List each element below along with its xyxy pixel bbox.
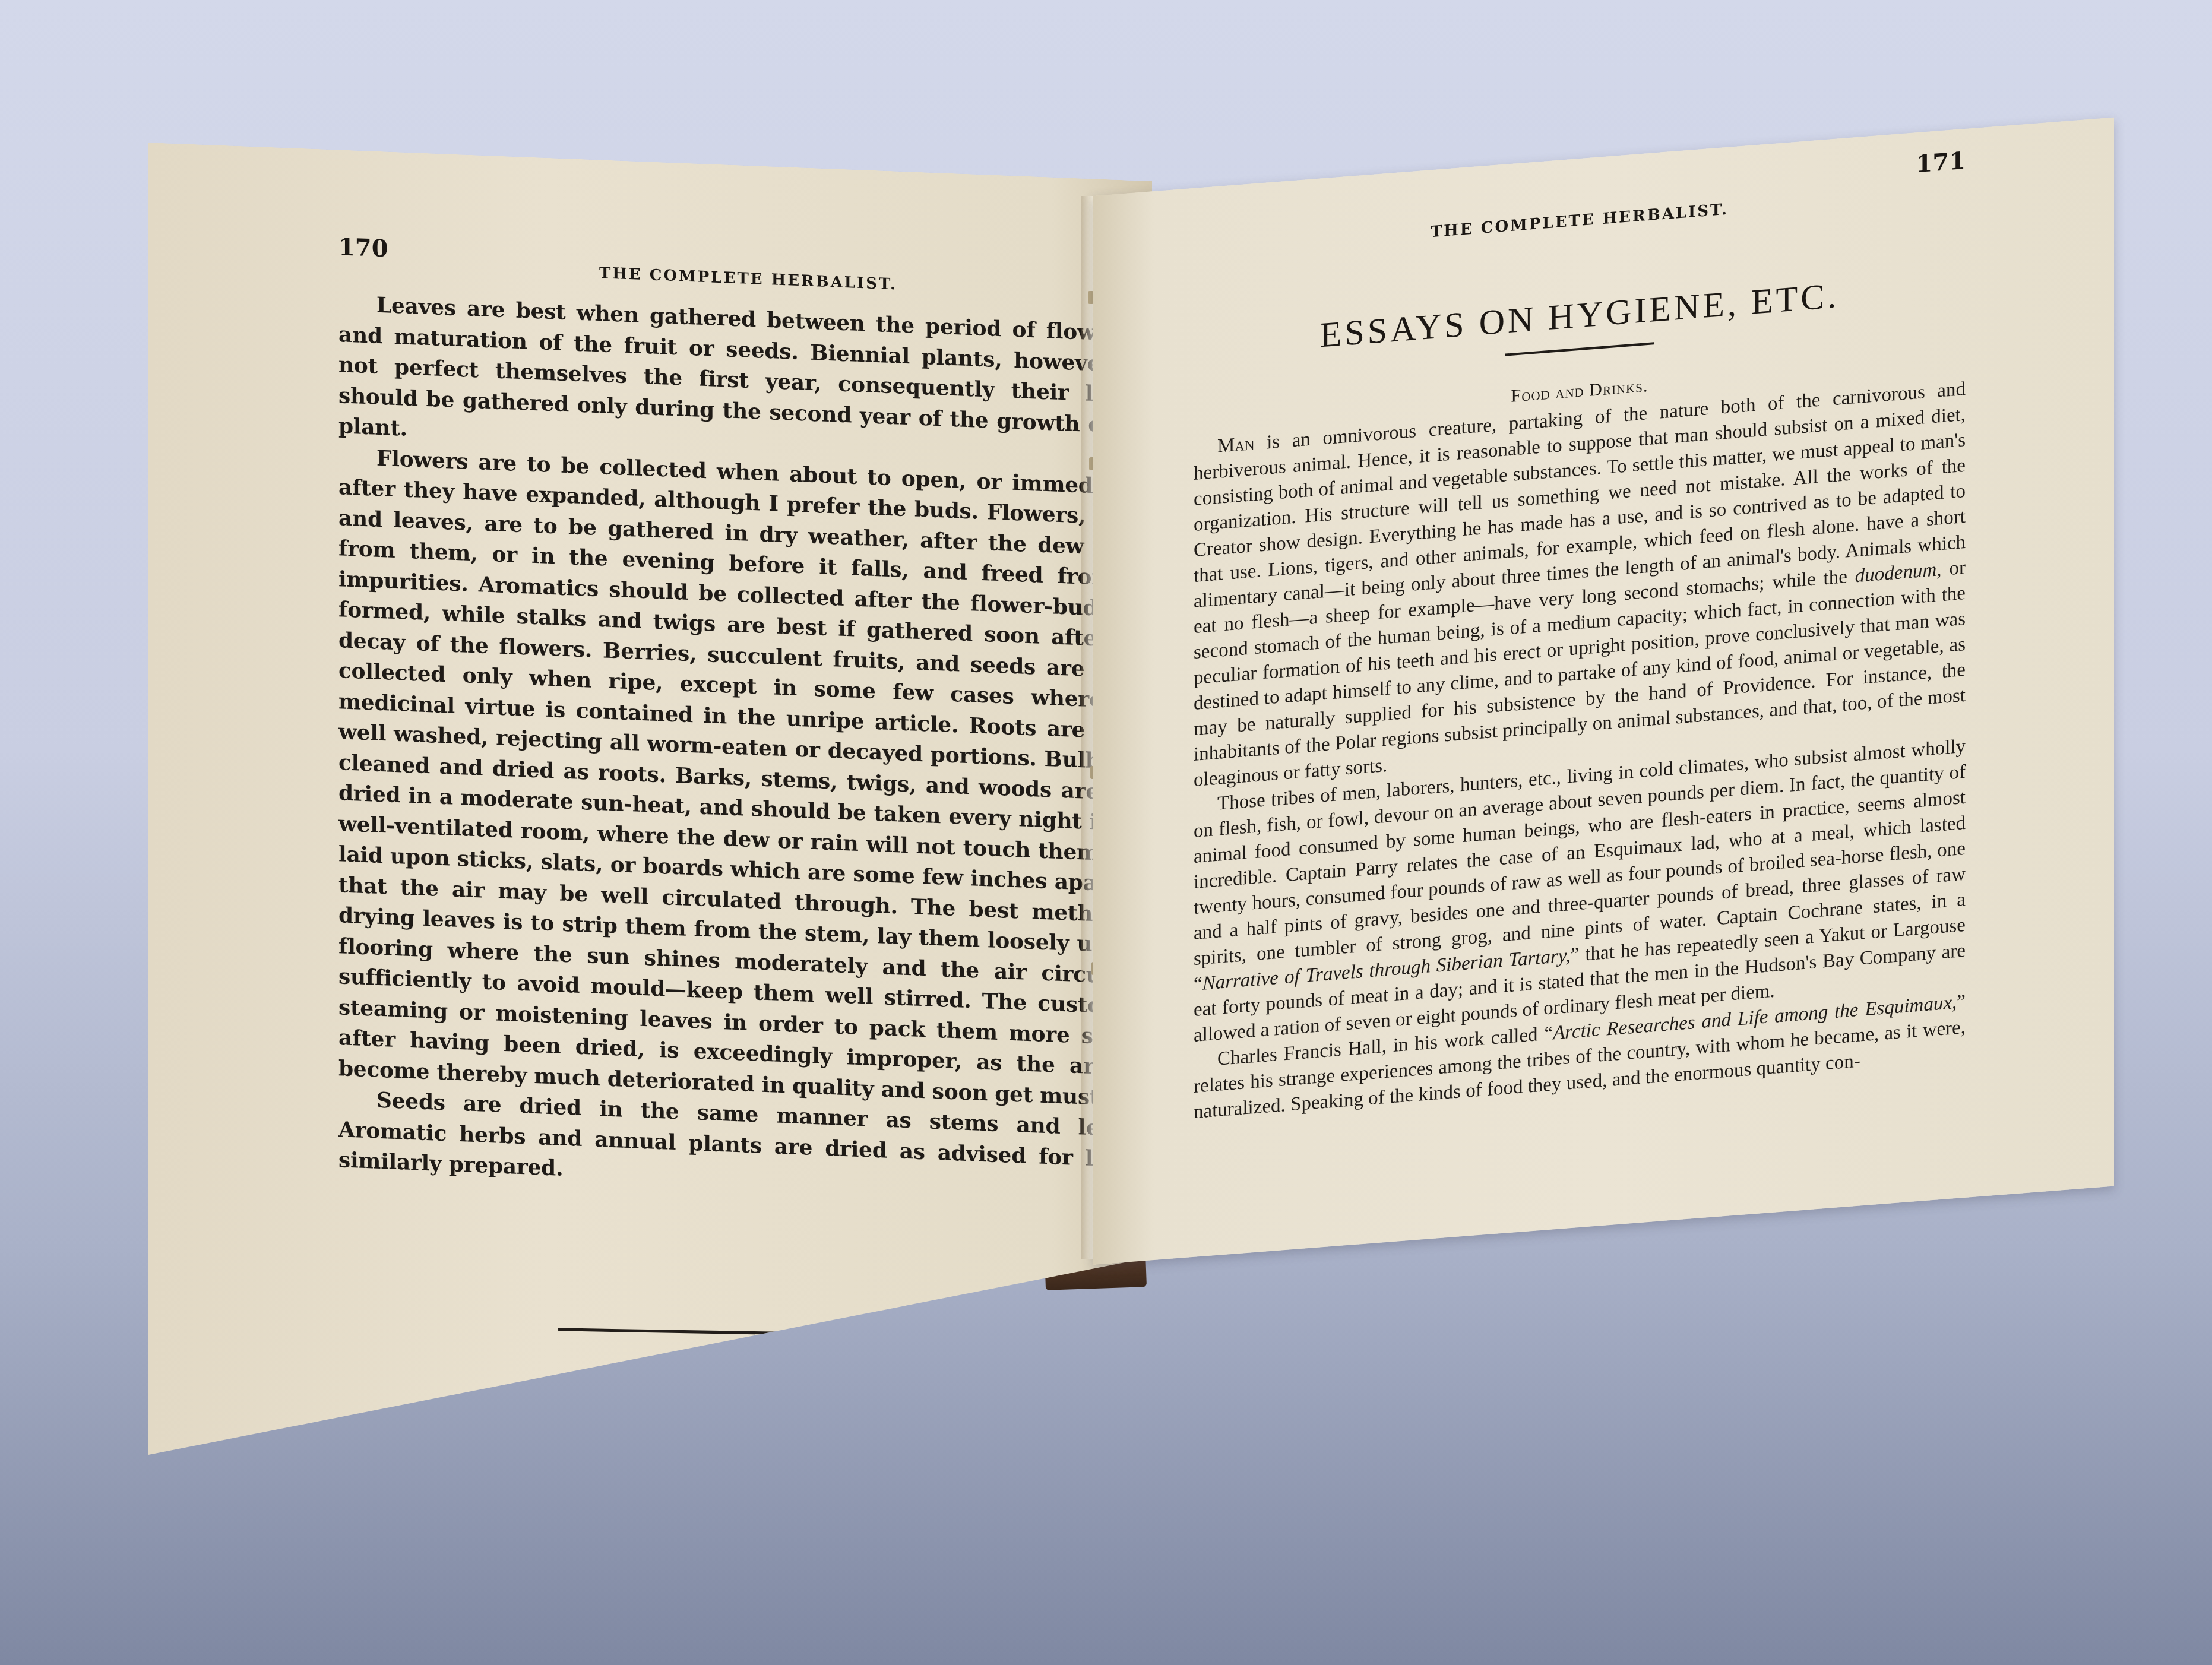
right-page: 171 THE COMPLETE HERBALIST. ESSAYS ON HY… bbox=[1093, 118, 2114, 1265]
right-page-content: 171 THE COMPLETE HERBALIST. ESSAYS ON HY… bbox=[1194, 147, 1966, 1125]
left-page-content: 170 THE COMPLETE HERBALIST. Leaves are b… bbox=[338, 233, 1158, 1207]
title-rule bbox=[1505, 342, 1654, 356]
left-page: 170 THE COMPLETE HERBALIST. Leaves are b… bbox=[148, 143, 1152, 1493]
paragraph-flowers: Flowers are to be collected when about t… bbox=[338, 442, 1158, 1116]
drop-lead-word: Man bbox=[1217, 433, 1255, 457]
section-title: ESSAYS ON HYGIENE, ETC. bbox=[1194, 265, 1966, 366]
paragraph-leaves: Leaves are best when gathered between th… bbox=[338, 289, 1158, 473]
right-page-body: Man is an omnivorous creature, partaking… bbox=[1194, 376, 1966, 1125]
page-number-170: 170 bbox=[338, 233, 388, 262]
running-head-right: THE COMPLETE HERBALIST. bbox=[1194, 182, 1966, 259]
chapter-end-rule bbox=[558, 1328, 831, 1335]
italic-term: duodenum bbox=[1855, 559, 1936, 587]
photo-scene: 170 THE COMPLETE HERBALIST. Leaves are b… bbox=[0, 0, 2212, 1665]
paragraph-man-omnivorous: Man is an omnivorous creature, partaking… bbox=[1194, 376, 1966, 793]
left-page-body: Leaves are best when gathered between th… bbox=[338, 289, 1158, 1207]
page-number-171: 171 bbox=[1916, 147, 1966, 178]
